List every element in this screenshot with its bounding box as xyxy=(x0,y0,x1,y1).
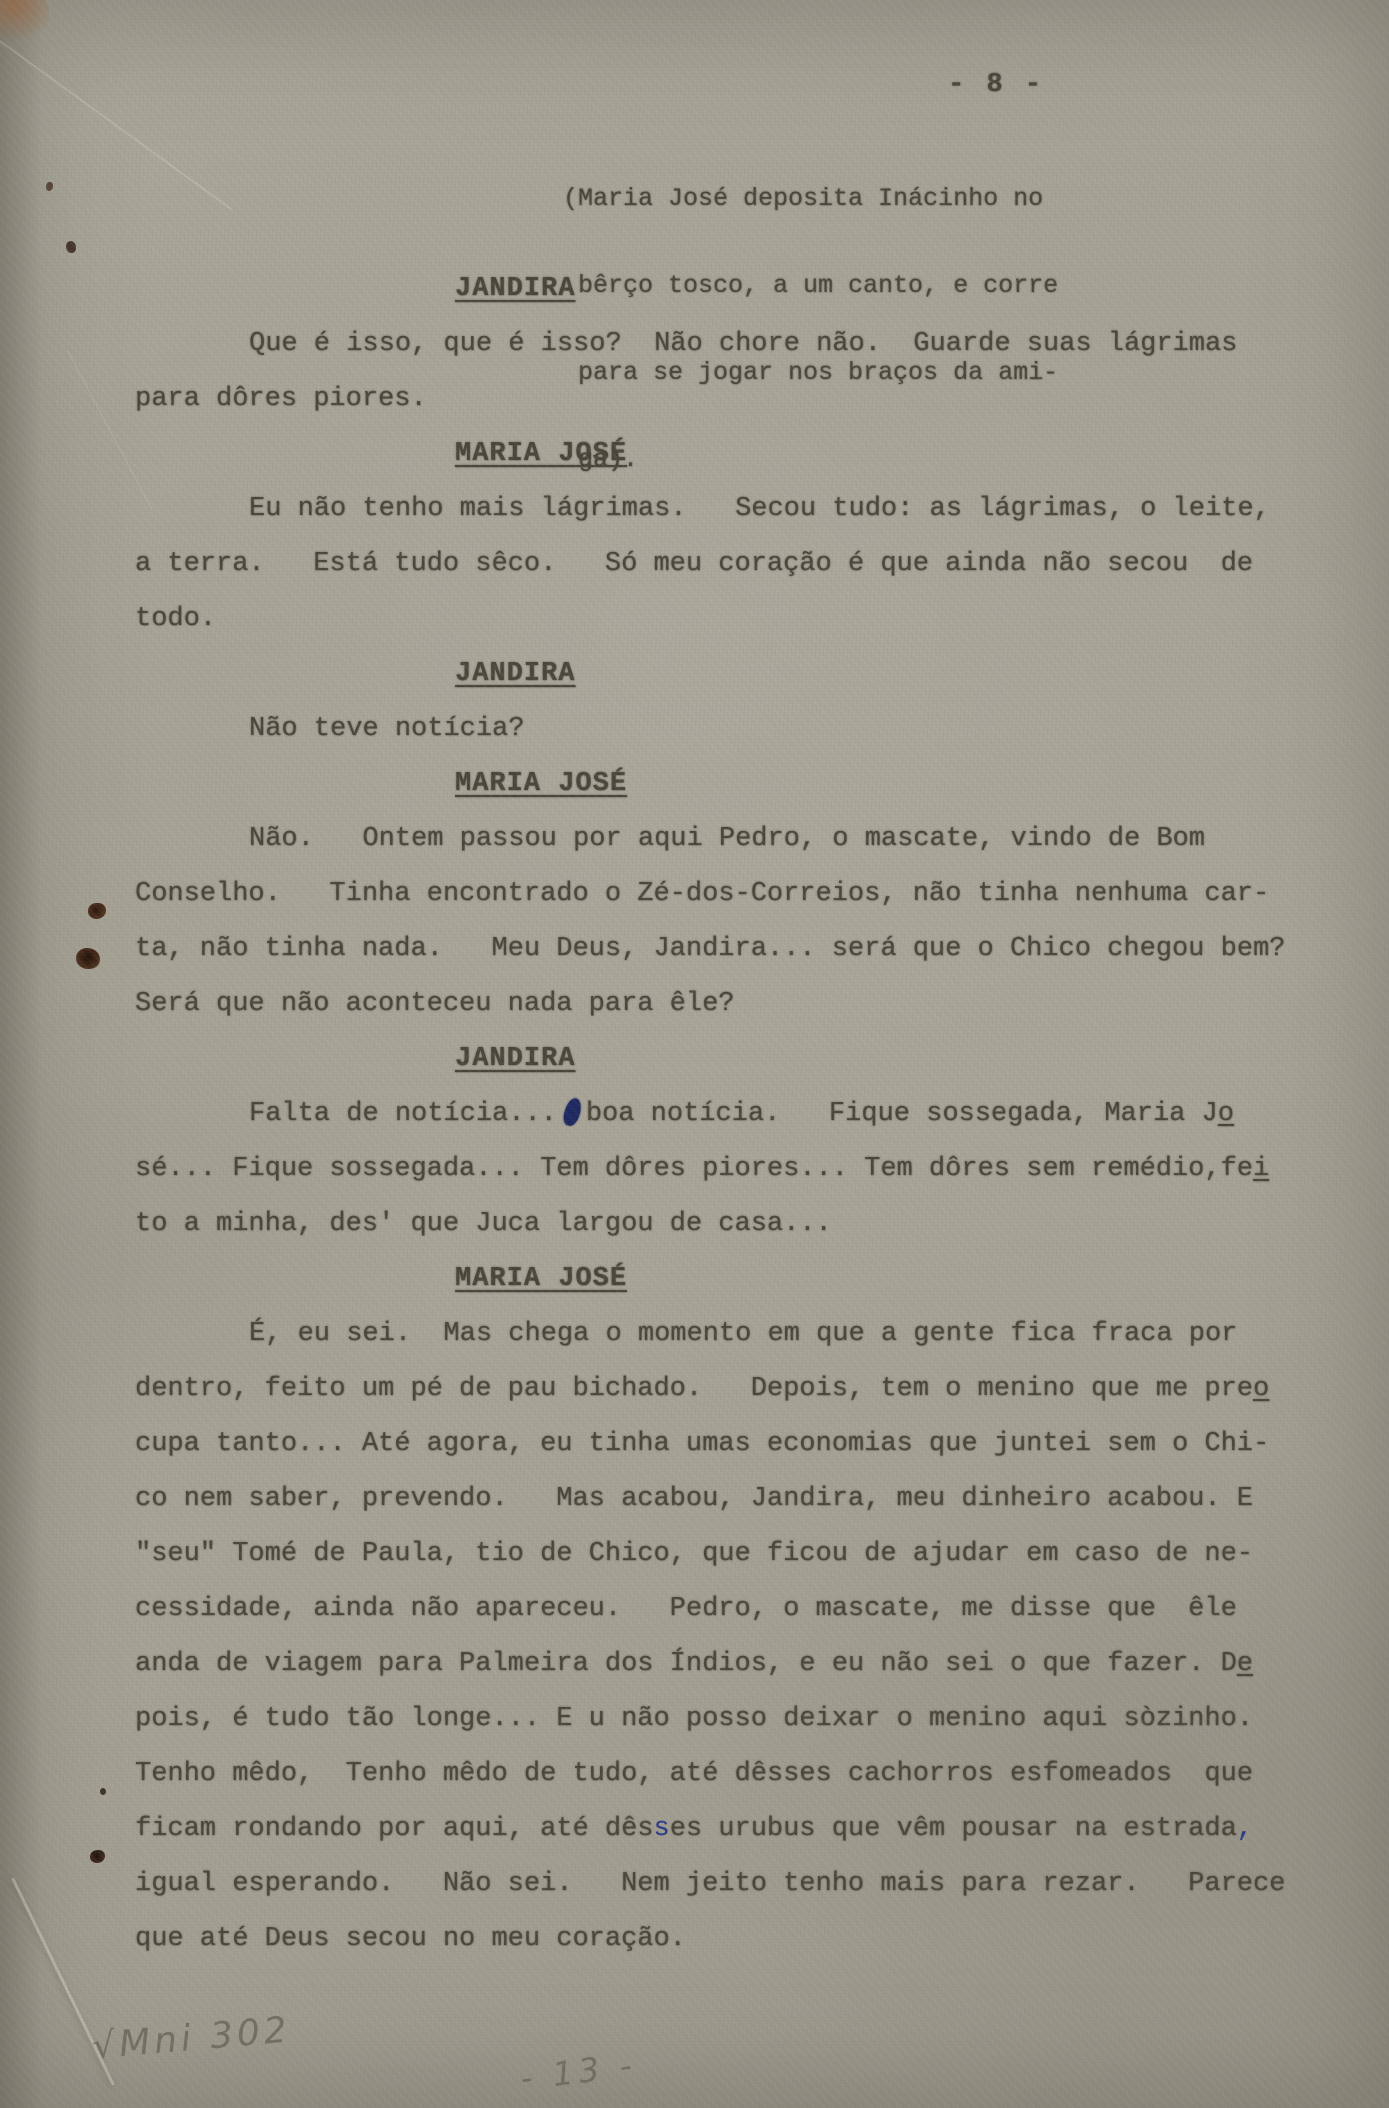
paper-edge-shadow xyxy=(0,0,42,2108)
script-line: dentro, feito um pé de pau bichado. Depo… xyxy=(135,1362,1375,1417)
typed-text: boa notícia. Fique sossegada, Maria J xyxy=(586,1099,1218,1129)
script-line: ficam rondando por aqui, até dêsses urub… xyxy=(135,1802,1375,1857)
typed-text: a terra. Está tudo sêco. Só meu coração … xyxy=(135,549,1253,579)
typed-text: es urubus que vêm pousar na estrada xyxy=(670,1814,1237,1844)
typed-text: Não. Ontem passou por aqui Pedro, o masc… xyxy=(249,824,1205,854)
script-line: Será que não aconteceu nada para êle? xyxy=(135,977,1375,1032)
typed-text: cupa tanto... Até agora, eu tinha umas e… xyxy=(135,1429,1269,1459)
typed-text: Conselho. Tinha encontrado o Zé-dos-Corr… xyxy=(135,879,1269,909)
underlined-continuation-letter: o xyxy=(1253,1374,1269,1404)
script-line: sé... Fique sossegada... Tem dôres piore… xyxy=(135,1142,1375,1197)
typed-text: que até Deus secou no meu coração. xyxy=(135,1924,686,1954)
paper-speck xyxy=(90,1850,105,1863)
typed-text: Não teve notícia? xyxy=(249,714,524,744)
paper-corner-stain xyxy=(0,0,59,53)
paper-crease xyxy=(0,32,232,210)
script-line: cessidade, ainda não apareceu. Pedro, o … xyxy=(135,1582,1375,1637)
script-line: cupa tanto... Até agora, eu tinha umas e… xyxy=(135,1417,1375,1472)
script-line: para dôres piores. xyxy=(135,372,1375,427)
paper-hole xyxy=(76,948,100,969)
typed-text: co nem saber, prevendo. Mas acabou, Jand… xyxy=(135,1484,1253,1514)
paper-speck xyxy=(66,241,76,253)
script-line: pois, é tudo tão longe... E u não posso … xyxy=(135,1692,1375,1747)
character-heading: JANDIRA xyxy=(135,647,1375,702)
script-line: anda de viagem para Palmeira dos Índios,… xyxy=(135,1637,1375,1692)
underlined-continuation-letter: e xyxy=(1237,1649,1253,1679)
stage-direction-line: (Maria José deposita Inácinho no xyxy=(563,184,1058,213)
paper-speck xyxy=(100,1788,106,1795)
page-number: - 8 - xyxy=(948,70,1044,100)
script-line: Tenho mêdo, Tenho mêdo de tudo, até dêss… xyxy=(135,1747,1375,1802)
typed-text: Que é isso, que é isso? Não chore não. G… xyxy=(249,329,1237,359)
character-heading: MARIA JOSÉ xyxy=(135,427,1375,482)
script-line: Conselho. Tinha encontrado o Zé-dos-Corr… xyxy=(135,867,1375,922)
character-name: JANDIRA xyxy=(455,1032,575,1087)
typed-text: Falta de notícia... xyxy=(249,1099,557,1129)
handwritten-catalog-note: √Mni 302 xyxy=(91,2009,293,2067)
character-name: MARIA JOSÉ xyxy=(455,427,627,482)
script-line: Que é isso, que é isso? Não chore não. G… xyxy=(135,317,1375,372)
blue-ink-correction: , xyxy=(1237,1814,1253,1844)
typed-text: anda de viagem para Palmeira dos Índios,… xyxy=(135,1649,1237,1679)
typed-text: para dôres piores. xyxy=(135,384,427,414)
typed-text: to a minha, des' que Juca largou de casa… xyxy=(135,1209,832,1239)
typed-text: cessidade, ainda não apareceu. Pedro, o … xyxy=(135,1594,1237,1624)
character-heading: MARIA JOSÉ xyxy=(135,1252,1375,1307)
character-name: MARIA JOSÉ xyxy=(455,757,627,812)
typed-text: Tenho mêdo, Tenho mêdo de tudo, até dêss… xyxy=(135,1759,1253,1789)
typed-text: Eu não tenho mais lágrimas. Secou tudo: … xyxy=(249,494,1270,524)
typed-text: sé... Fique sossegada... Tem dôres piore… xyxy=(135,1154,1253,1184)
typed-text: pois, é tudo tão longe... E u não posso … xyxy=(135,1704,1253,1734)
script-line: co nem saber, prevendo. Mas acabou, Jand… xyxy=(135,1472,1375,1527)
blue-ink-blot xyxy=(561,1096,584,1127)
underlined-continuation-letter: o xyxy=(1218,1099,1234,1129)
character-heading: JANDIRA xyxy=(135,262,1375,317)
character-name: MARIA JOSÉ xyxy=(455,1252,627,1307)
paper-hole xyxy=(88,903,106,919)
dialogue: JANDIRAQue é isso, que é isso? Não chore… xyxy=(135,262,1375,1967)
script-line: ta, não tinha nada. Meu Deus, Jandira...… xyxy=(135,922,1375,977)
underlined-continuation-letter: i xyxy=(1253,1154,1269,1184)
script-line: "seu" Tomé de Paula, tio de Chico, que f… xyxy=(135,1527,1375,1582)
character-heading: JANDIRA xyxy=(135,1032,1375,1087)
typed-text: igual esperando. Não sei. Nem jeito tenh… xyxy=(135,1869,1285,1899)
typed-text: "seu" Tomé de Paula, tio de Chico, que f… xyxy=(135,1539,1253,1569)
script-line: todo. xyxy=(135,592,1375,647)
script-line: Não. Ontem passou por aqui Pedro, o masc… xyxy=(135,812,1375,867)
paper-speck xyxy=(46,182,53,191)
character-name: JANDIRA xyxy=(455,647,575,702)
script-line: É, eu sei. Mas chega o momento em que a … xyxy=(135,1307,1375,1362)
typed-text: todo. xyxy=(135,604,216,634)
typed-text: Será que não aconteceu nada para êle? xyxy=(135,989,735,1019)
handwritten-page-number: - 13 - xyxy=(518,2045,639,2098)
script-line: que até Deus secou no meu coração. xyxy=(135,1912,1375,1967)
character-heading: MARIA JOSÉ xyxy=(135,757,1375,812)
typed-text: É, eu sei. Mas chega o momento em que a … xyxy=(249,1319,1237,1349)
typed-text: ta, não tinha nada. Meu Deus, Jandira...… xyxy=(135,934,1285,964)
script-line: to a minha, des' que Juca largou de casa… xyxy=(135,1197,1375,1252)
script-line: Eu não tenho mais lágrimas. Secou tudo: … xyxy=(135,482,1375,537)
script-line: Não teve notícia? xyxy=(135,702,1375,757)
script-line: Falta de notícia...boa notícia. Fique so… xyxy=(135,1087,1375,1142)
script-line: a terra. Está tudo sêco. Só meu coração … xyxy=(135,537,1375,592)
script-page: - 8 - (Maria José deposita Inácinho no b… xyxy=(0,0,1389,2108)
character-name: JANDIRA xyxy=(455,262,575,317)
blue-ink-correction: s xyxy=(653,1814,669,1844)
typed-text: dentro, feito um pé de pau bichado. Depo… xyxy=(135,1374,1253,1404)
script-line: igual esperando. Não sei. Nem jeito tenh… xyxy=(135,1857,1375,1912)
typed-text: ficam rondando por aqui, até dês xyxy=(135,1814,653,1844)
